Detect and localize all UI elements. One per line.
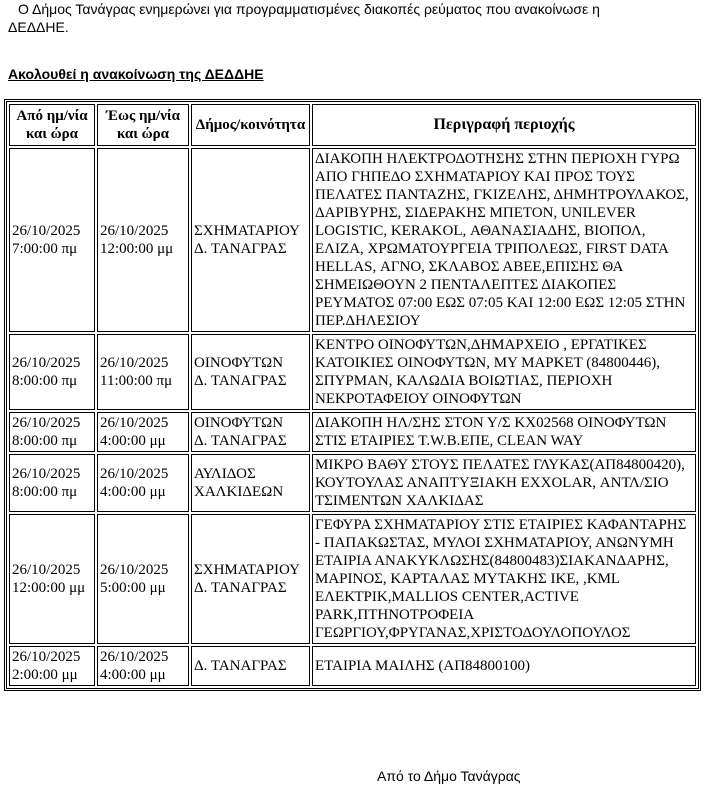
intro-line-2: ΔΕΔΔΗΕ. <box>8 18 698 36</box>
from-datetime-cell: 26/10/20257:00:00 πμ <box>9 148 95 332</box>
area-line-2: ΧΑΛΚΙΔΕΩΝ <box>194 484 283 500</box>
area-line-2: Δ. ΤΑΝΑΓΡΑΣ <box>194 580 287 596</box>
from-date: 26/10/2025 <box>12 649 80 665</box>
table-row: 26/10/20258:00:00 πμ26/10/20254:00:00 μμ… <box>9 454 696 512</box>
municipality-cell: ΑΥΛΙΔΟΣΧΑΛΚΙΔΕΩΝ <box>191 454 310 512</box>
area-line-1: ΣΧΗΜΑΤΑΡΙΟΥ <box>194 223 300 239</box>
to-date: 26/10/2025 <box>100 223 168 239</box>
to-time: 4:00:00 μμ <box>100 484 166 500</box>
from-date: 26/10/2025 <box>12 355 80 371</box>
to-time: 11:00:00 πμ <box>100 373 172 389</box>
area-line-1: Δ. ΤΑΝΑΓΡΑΣ <box>194 658 287 674</box>
from-datetime-cell: 26/10/20258:00:00 πμ <box>9 412 95 452</box>
table-header-row: Από ημ/νία και ώρα Έως ημ/νία και ώρα Δή… <box>9 104 696 146</box>
to-datetime-cell: 26/10/20254:00:00 μμ <box>97 454 189 512</box>
from-datetime-cell: 26/10/202512:00:00 μμ <box>9 514 95 644</box>
area-line-1: ΟΙΝΟΦΥΤΩΝ <box>194 355 283 371</box>
table-row: 26/10/20258:00:00 πμ26/10/202511:00:00 π… <box>9 334 696 410</box>
footer-signature: Από το Δήμο Τανάγρας <box>377 768 521 784</box>
table-row: 26/10/20257:00:00 πμ26/10/202512:00:00 μ… <box>9 148 696 332</box>
outage-table-container: Από ημ/νία και ώρα Έως ημ/νία και ώρα Δή… <box>4 99 701 691</box>
from-datetime-cell: 26/10/20252:00:00 μμ <box>9 646 95 686</box>
to-time: 4:00:00 μμ <box>100 667 166 683</box>
header-municipality: Δήμος/κοινότητα <box>191 104 310 146</box>
area-line-2: Δ. ΤΑΝΑΓΡΑΣ <box>194 241 287 257</box>
to-date: 26/10/2025 <box>100 466 168 482</box>
from-time: 8:00:00 πμ <box>12 373 77 389</box>
area-line-1: ΑΥΛΙΔΟΣ <box>194 466 256 482</box>
outage-table: Από ημ/νία και ώρα Έως ημ/νία και ώρα Δή… <box>4 99 701 691</box>
from-date: 26/10/2025 <box>12 415 80 431</box>
to-time: 5:00:00 μμ <box>100 580 166 596</box>
to-date: 26/10/2025 <box>100 355 168 371</box>
from-time: 12:00:00 μμ <box>12 580 85 596</box>
to-date: 26/10/2025 <box>100 649 168 665</box>
from-time: 8:00:00 πμ <box>12 433 77 449</box>
from-datetime-cell: 26/10/20258:00:00 πμ <box>9 334 95 410</box>
area-line-1: ΣΧΗΜΑΤΑΡΙΟΥ <box>194 562 300 578</box>
to-datetime-cell: 26/10/202512:00:00 μμ <box>97 148 189 332</box>
from-datetime-cell: 26/10/20258:00:00 πμ <box>9 454 95 512</box>
to-date: 26/10/2025 <box>100 415 168 431</box>
from-time: 8:00:00 πμ <box>12 484 77 500</box>
header-to: Έως ημ/νία και ώρα <box>97 104 189 146</box>
to-time: 12:00:00 μμ <box>100 241 173 257</box>
to-datetime-cell: 26/10/20255:00:00 μμ <box>97 514 189 644</box>
to-date: 26/10/2025 <box>100 562 168 578</box>
municipality-cell: Δ. ΤΑΝΑΓΡΑΣ <box>191 646 310 686</box>
table-row: 26/10/202512:00:00 μμ26/10/20255:00:00 μ… <box>9 514 696 644</box>
announcement-subtitle: Ακολουθεί η ανακοίνωση της ΔΕΔΔΗΕ <box>8 66 264 82</box>
table-row: 26/10/20258:00:00 πμ26/10/20254:00:00 μμ… <box>9 412 696 452</box>
municipality-cell: ΟΙΝΟΦΥΤΩΝΔ. ΤΑΝΑΓΡΑΣ <box>191 334 310 410</box>
intro-paragraph: Ο Δήμος Τανάγρας ενημερώνει για προγραμμ… <box>8 0 698 36</box>
description-cell: ΚΕΝΤΡΟ ΟΙΝΟΦΥΤΩΝ,ΔΗΜΑΡΧΕΙΟ , ΕΡΓΑΤΙΚΕΣ Κ… <box>312 334 696 410</box>
table-row: 26/10/20252:00:00 μμ26/10/20254:00:00 μμ… <box>9 646 696 686</box>
area-line-1: ΟΙΝΟΦΥΤΩΝ <box>194 415 283 431</box>
description-cell: ΕΤΑΙΡΙΑ ΜΑΙΛΗΣ (ΑΠ84800100) <box>312 646 696 686</box>
description-cell: ΜΙΚΡΟ ΒΑΘΥ ΣΤΟΥΣ ΠΕΛΑΤΕΣ ΓΛΥΚΑΣ(ΑΠ848004… <box>312 454 696 512</box>
from-time: 2:00:00 μμ <box>12 667 78 683</box>
area-line-2: Δ. ΤΑΝΑΓΡΑΣ <box>194 433 287 449</box>
description-cell: ΔΙΑΚΟΠΗ ΗΛΕΚΤΡΟΔΟΤΗΣΗΣ ΣΤΗΝ ΠΕΡΙΟΧΗ ΓΥΡΩ… <box>312 148 696 332</box>
to-datetime-cell: 26/10/20254:00:00 μμ <box>97 646 189 686</box>
to-time: 4:00:00 μμ <box>100 433 166 449</box>
from-date: 26/10/2025 <box>12 223 80 239</box>
header-from: Από ημ/νία και ώρα <box>9 104 95 146</box>
header-description: Περιγραφή περιοχής <box>312 104 696 146</box>
from-time: 7:00:00 πμ <box>12 241 77 257</box>
municipality-cell: ΟΙΝΟΦΥΤΩΝΔ. ΤΑΝΑΓΡΑΣ <box>191 412 310 452</box>
municipality-cell: ΣΧΗΜΑΤΑΡΙΟΥΔ. ΤΑΝΑΓΡΑΣ <box>191 514 310 644</box>
from-date: 26/10/2025 <box>12 562 80 578</box>
description-cell: ΓΕΦΥΡΑ ΣΧΗΜΑΤΑΡΙΟΥ ΣΤΙΣ ΕΤΑΙΡΙΕΣ ΚΑΦΑΝΤΑ… <box>312 514 696 644</box>
from-date: 26/10/2025 <box>12 466 80 482</box>
intro-line-1: Ο Δήμος Τανάγρας ενημερώνει για προγραμμ… <box>8 0 698 18</box>
municipality-cell: ΣΧΗΜΑΤΑΡΙΟΥΔ. ΤΑΝΑΓΡΑΣ <box>191 148 310 332</box>
to-datetime-cell: 26/10/202511:00:00 πμ <box>97 334 189 410</box>
description-cell: ΔΙΑΚΟΠΗ ΗΛ/ΣΗΣ ΣΤΟΝ Υ/Σ ΚΧ02568 ΟΙΝΟΦΥΤΩ… <box>312 412 696 452</box>
area-line-2: Δ. ΤΑΝΑΓΡΑΣ <box>194 373 287 389</box>
to-datetime-cell: 26/10/20254:00:00 μμ <box>97 412 189 452</box>
